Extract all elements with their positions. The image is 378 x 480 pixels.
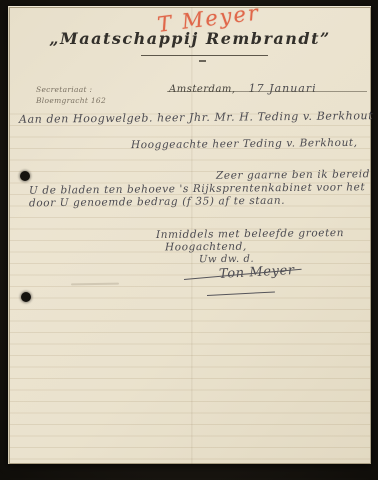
letter-paper: T Meyer „Maatschappij Rembrandt” Secreta… (8, 6, 371, 464)
pencil-smudge (71, 283, 119, 286)
secretariat-block: Secretariaat : Bloemgracht 162 (36, 84, 106, 106)
signature-underline-stroke (207, 291, 275, 296)
dateline-place: Amsterdam, (169, 84, 236, 95)
hole-punch-top (20, 171, 30, 181)
hole-punch-bottom (21, 292, 31, 302)
letterhead-title: „Maatschappij Rembrandt” (9, 29, 371, 48)
body-line-1-handwriting: Zeer gaarne ben ik bereid (216, 168, 370, 182)
closing-line-1-handwriting: Inmiddels met beleefde groeten (156, 227, 344, 241)
secretariat-label: Secretariaat : (36, 84, 106, 95)
body-line-3-handwriting: door U genoemde bedrag (f 35) af te staa… (29, 195, 285, 210)
secretariat-address: Bloemgracht 162 (36, 95, 106, 106)
closing-line-3-handwriting: Uw dw. d. (199, 254, 254, 266)
scan-background: { "document": { "annotation_red": "T Mey… (0, 0, 378, 480)
letterhead-divider (141, 55, 268, 56)
dateline-date-handwriting: 17 Januari (249, 82, 317, 95)
address-line-handwriting: Aan den Hoogwelgeb. heer Jhr. Mr. H. Ted… (19, 109, 373, 126)
dateline-rule (167, 91, 367, 92)
body-line-2-handwriting: U de bladen ten behoeve 's Rijksprentenk… (29, 181, 365, 197)
salutation-handwriting: Hooggeachte heer Teding v. Berkhout, (131, 137, 358, 151)
closing-line-2-handwriting: Hoogachtend, (165, 241, 247, 254)
letterhead-divider-dash (199, 60, 206, 62)
dateline: Amsterdam, 17 Januari 1932 (169, 77, 378, 96)
ruled-lines (9, 103, 371, 463)
